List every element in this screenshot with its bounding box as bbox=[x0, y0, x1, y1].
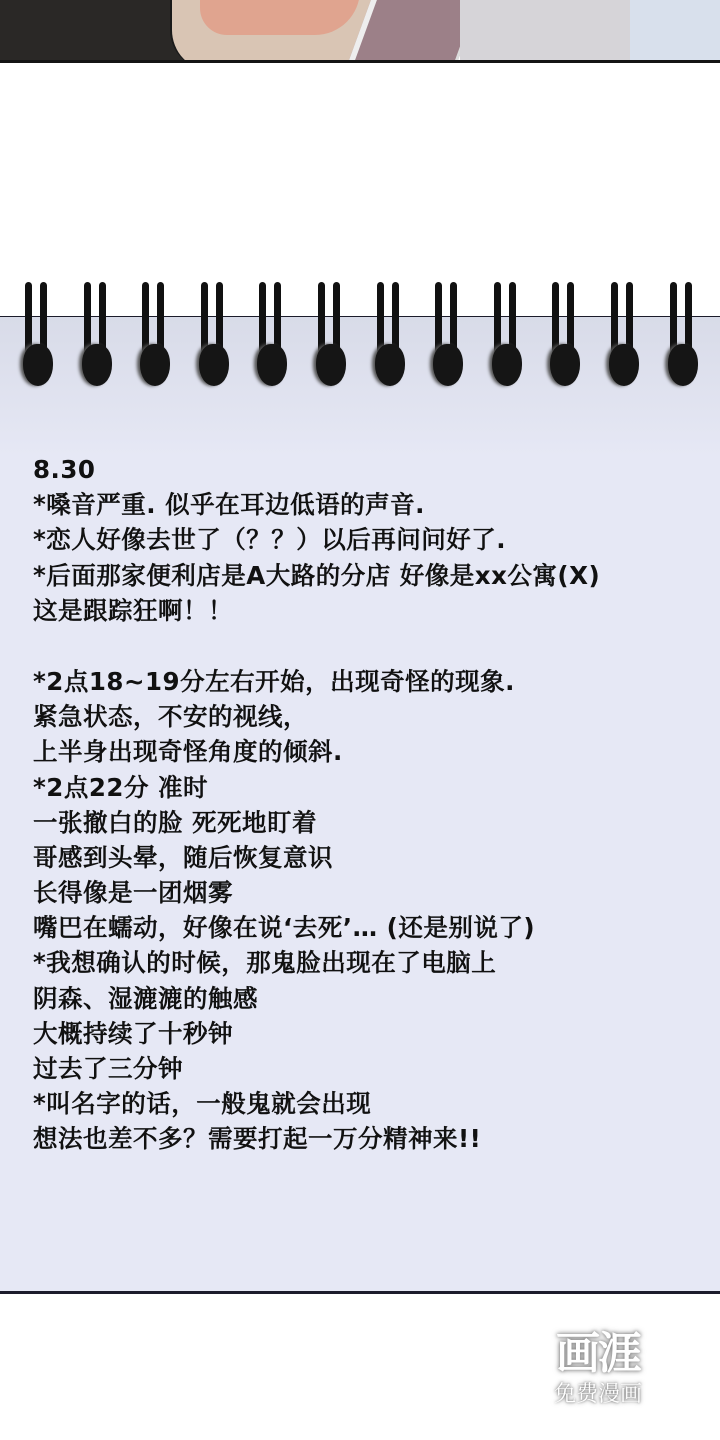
note-line: *2点22分 准时 bbox=[33, 770, 720, 805]
note-line: 哥感到头晕，随后恢复意识 bbox=[33, 840, 720, 875]
spiral-ring bbox=[482, 282, 522, 392]
screen-panel bbox=[460, 0, 632, 60]
note-line: 这是跟踪狂啊！！ bbox=[33, 593, 720, 628]
background-wall bbox=[630, 0, 720, 60]
ring-hole bbox=[433, 344, 463, 386]
spiral-ring bbox=[540, 282, 580, 392]
note-line: 上半身出现奇怪角度的倾斜. bbox=[33, 734, 720, 769]
spiral-ring bbox=[658, 282, 698, 392]
note-line: *2点18~19分左右开始，出现奇怪的现象. bbox=[33, 664, 720, 699]
watermark-subtitle: 免费漫画 bbox=[538, 1380, 658, 1410]
spiral-ring bbox=[599, 282, 639, 392]
ring-hole bbox=[23, 344, 53, 386]
panel-background-dark bbox=[0, 0, 190, 60]
comic-panel-top bbox=[0, 0, 720, 63]
ring-hole bbox=[375, 344, 405, 386]
note-line: 长得像是一团烟雾 bbox=[33, 875, 720, 910]
ring-hole bbox=[550, 344, 580, 386]
ring-hole bbox=[668, 344, 698, 386]
note-line: 一张撤白的脸 死死地盯着 bbox=[33, 805, 720, 840]
ring-hole bbox=[316, 344, 346, 386]
note-line: *后面那家便利店是A大路的分店 好像是xx公寓(X) bbox=[33, 558, 720, 593]
note-line: 想法也差不多？需要打起一万分精神来!! bbox=[33, 1121, 720, 1156]
note-line: *叫名字的话，一般鬼就会出现 bbox=[33, 1086, 720, 1121]
note-line: 阴森、湿漉漉的触感 bbox=[33, 981, 720, 1016]
note-blank-line bbox=[33, 628, 720, 664]
note-line: *恋人好像去世了（？？）以后再问问好了. bbox=[33, 522, 720, 557]
note-line: 紧急状态，不安的视线， bbox=[33, 699, 720, 734]
note-line: 大概持续了十秒钟 bbox=[33, 1016, 720, 1051]
ring-hole bbox=[82, 344, 112, 386]
spiral-ring bbox=[306, 282, 346, 392]
note-line: *我想确认的时候，那鬼脸出现在了电脑上 bbox=[33, 945, 720, 980]
spiral-ring bbox=[423, 282, 463, 392]
spiral-ring bbox=[13, 282, 53, 392]
spiral-ring bbox=[365, 282, 405, 392]
note-date: 8.30 bbox=[33, 452, 720, 487]
spiral-binding bbox=[0, 282, 720, 392]
spiral-ring bbox=[130, 282, 170, 392]
spiral-ring bbox=[247, 282, 287, 392]
note-line: *嗓音严重. 似乎在耳边低语的声音. bbox=[33, 487, 720, 522]
note-line: 嘴巴在蠕动，好像在说‘去死’… (还是别说了) bbox=[33, 910, 720, 945]
ring-hole bbox=[257, 344, 287, 386]
spiral-ring bbox=[72, 282, 112, 392]
diary-note: 8.30 *嗓音严重. 似乎在耳边低语的声音. *恋人好像去世了（？？）以后再问… bbox=[33, 452, 720, 1157]
hand-shading bbox=[200, 0, 360, 35]
spiral-ring bbox=[189, 282, 229, 392]
note-line: 过去了三分钟 bbox=[33, 1051, 720, 1086]
ring-hole bbox=[140, 344, 170, 386]
ring-hole bbox=[199, 344, 229, 386]
watermark-logo: 画涯 bbox=[538, 1328, 658, 1380]
ring-hole bbox=[609, 344, 639, 386]
watermark: 画涯 免费漫画 bbox=[538, 1328, 658, 1410]
ring-hole bbox=[492, 344, 522, 386]
